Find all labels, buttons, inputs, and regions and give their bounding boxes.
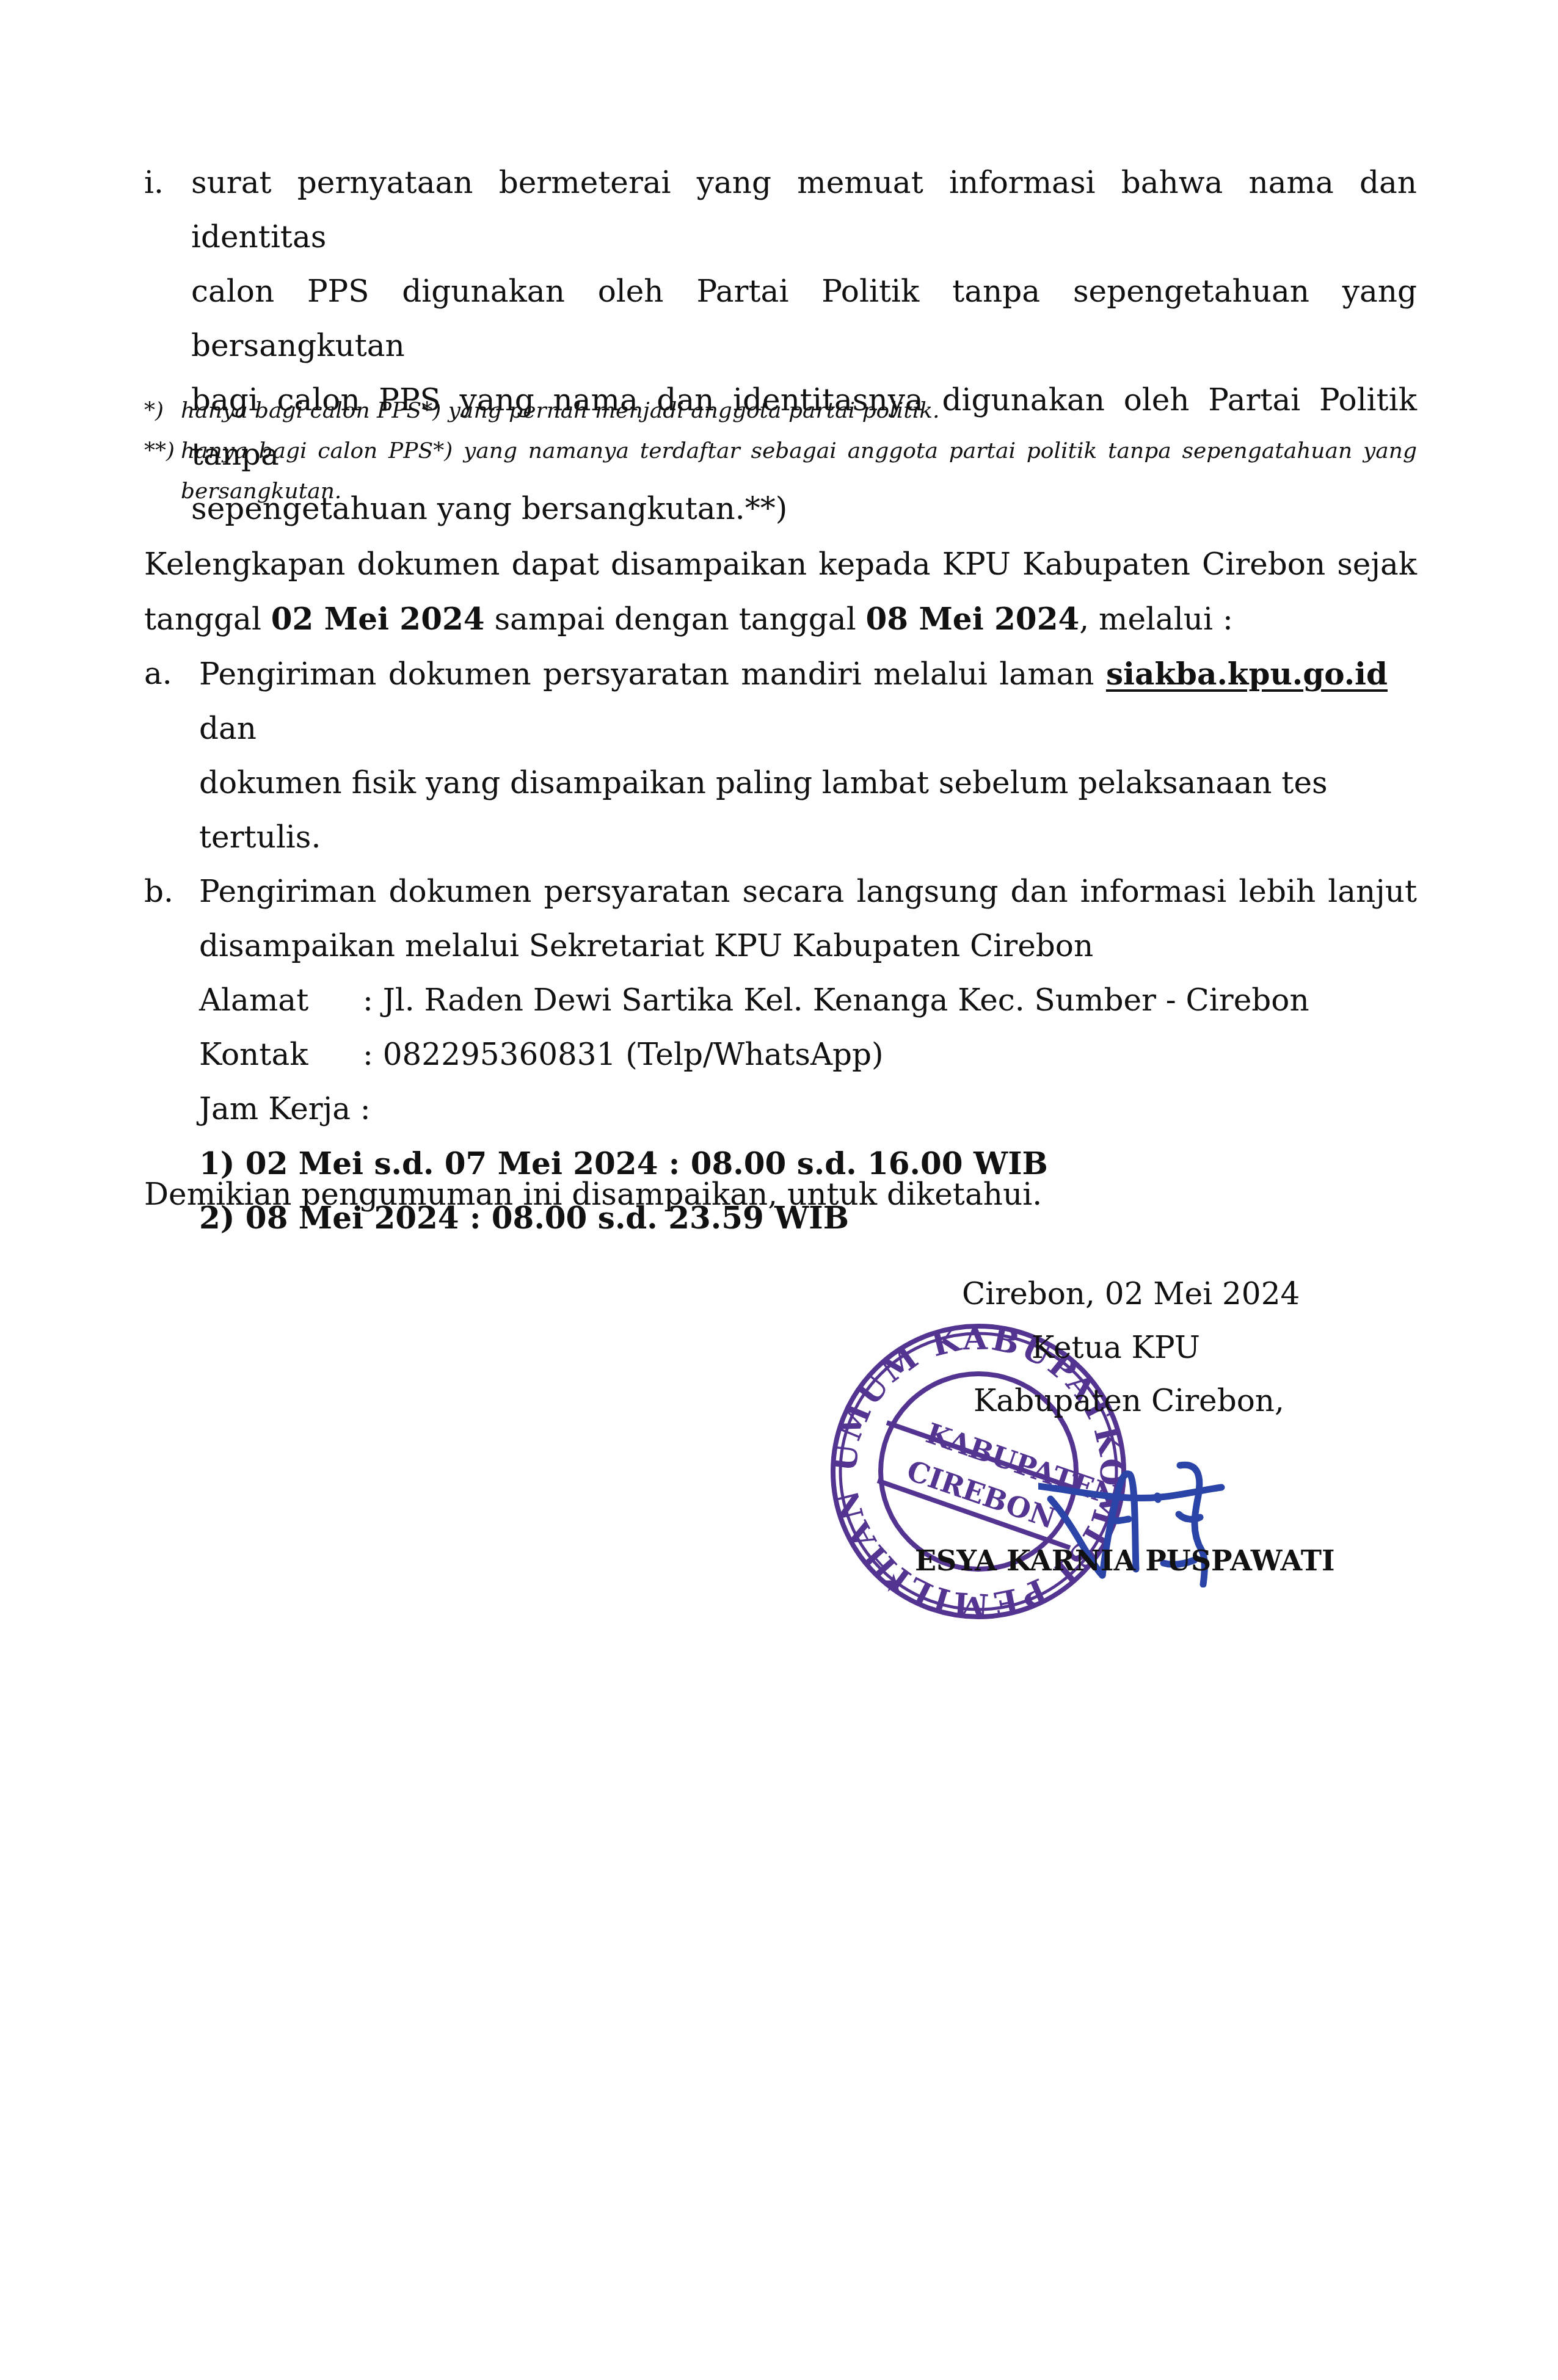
signature-place-date: Cirebon, 02 Mei 2024 xyxy=(962,1267,1300,1321)
footnote-text: hanya bagi calon PPS*) yang pernah menja… xyxy=(181,391,1417,431)
address-label: Alamat xyxy=(199,973,363,1028)
address-row: Alamat : Jl. Raden Dewi Sartika Kel. Ken… xyxy=(199,973,1417,1028)
option-line: disampaikan melalui Sekretariat KPU Kabu… xyxy=(199,919,1417,973)
footnotes: *) hanya bagi calon PPS*) yang pernah me… xyxy=(144,391,1417,512)
paragraph-line: tanggal 02 Mei 2024 sampai dengan tangga… xyxy=(144,592,1417,647)
hours-label: Jam Kerja : xyxy=(199,1082,1417,1136)
signatory-region: Kabupaten Cirebon, xyxy=(974,1374,1284,1428)
footnote-text: bersangkutan. xyxy=(181,471,1417,512)
option-line: dokumen fisik yang disampaikan paling la… xyxy=(199,756,1417,865)
list-marker: b. xyxy=(144,865,173,919)
signatory-title: Ketua KPU xyxy=(1032,1321,1200,1375)
text: tanggal xyxy=(144,601,271,637)
document-page: i. surat pernyataan bermeterai yang memu… xyxy=(0,0,1558,2380)
text: sampai dengan tanggal xyxy=(485,601,866,637)
list-marker: i. xyxy=(144,156,164,210)
paragraph-line: Kelengkapan dokumen dapat disampaikan ke… xyxy=(144,537,1417,592)
end-date: 08 Mei 2024 xyxy=(866,601,1080,637)
siakba-link[interactable]: siakba.kpu.go.id xyxy=(1106,656,1388,692)
item-line: surat pernyataan bermeterai yang memuat … xyxy=(191,156,1417,264)
contact-label: Kontak xyxy=(199,1028,363,1082)
option-line: Pengiriman dokumen persyaratan secara la… xyxy=(199,865,1417,919)
contact-row: Kontak : 082295360831 (Telp/WhatsApp) xyxy=(199,1028,1417,1082)
footnote-1: *) hanya bagi calon PPS*) yang pernah me… xyxy=(144,391,1417,431)
stamp-inner-line1: KABUPATEN xyxy=(922,1417,1123,1513)
list-marker: a. xyxy=(144,647,172,701)
svg-text:★: ★ xyxy=(884,1570,903,1596)
submission-section: Kelengkapan dokumen dapat disampaikan ke… xyxy=(144,537,1417,1245)
text: dan xyxy=(199,711,257,746)
option-line: Pengiriman dokumen persyaratan mandiri m… xyxy=(199,647,1417,756)
footnote-text: hanya bagi calon PPS*) yang namanya terd… xyxy=(181,431,1417,471)
footnote-mark: **) xyxy=(144,431,175,471)
stamp-inner-line2: CIREBON xyxy=(903,1454,1060,1536)
text: , melalui : xyxy=(1079,601,1233,637)
contact-value: : 082295360831 (Telp/WhatsApp) xyxy=(363,1028,884,1082)
start-date: 02 Mei 2024 xyxy=(271,601,485,637)
signatory-name: ESYA KARNIA PUSPAWATI xyxy=(915,1534,1334,1588)
item-line: calon PPS digunakan oleh Partai Politik … xyxy=(191,264,1417,373)
option-a: a. Pengiriman dokumen persyaratan mandir… xyxy=(144,647,1417,865)
text: Pengiriman dokumen persyaratan mandiri m… xyxy=(199,656,1106,692)
footnote-mark: *) xyxy=(144,391,164,431)
footnote-2: **) hanya bagi calon PPS*) yang namanya … xyxy=(144,431,1417,512)
address-value: : Jl. Raden Dewi Sartika Kel. Kenanga Ke… xyxy=(363,973,1309,1028)
closing-statement: Demikian pengumuman ini disampaikan, unt… xyxy=(144,1167,1042,1222)
